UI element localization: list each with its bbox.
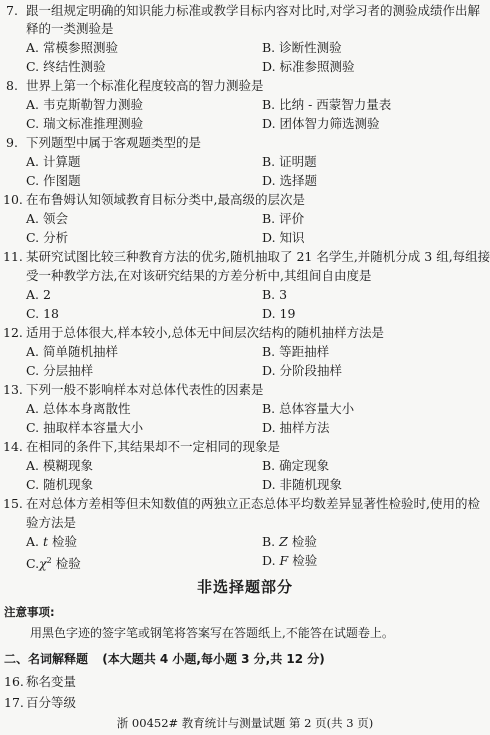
question-8: 8. 世界上第一个标准化程度较高的智力测验是: [0, 77, 490, 95]
options-row: C. 18 D. 19: [0, 305, 490, 323]
options-row: C. 作图题 D. 选择题: [0, 172, 490, 190]
question-text-continued: 受一种教学方法,在对该研究结果的方差分析中,其组间自由度是: [0, 267, 490, 285]
section-title: 非选择题部分: [0, 577, 490, 597]
option-d: D. 标准参照测验: [262, 58, 355, 76]
question-text: 验方法是: [26, 514, 76, 532]
notice-label: 注意事项:: [4, 603, 55, 621]
question-number: 14.: [3, 438, 23, 456]
question-text: 在相同的条件下,其结果却不一定相同的现象是: [26, 438, 280, 456]
option-b: B. 等距抽样: [262, 343, 329, 361]
option-a: A. 计算题: [26, 153, 80, 171]
question-text: 某研究试图比较三种教育方法的优劣,随机抽取了 21 名学生,并随机分成 3 组,…: [26, 248, 490, 266]
question-number: 10.: [3, 191, 23, 209]
question-14: 14. 在相同的条件下,其结果却不一定相同的现象是: [0, 438, 490, 456]
options-row: A. 常模参照测验 B. 诊断性测验: [0, 39, 490, 57]
question-text: 跟一组规定明确的知识能力标准或教学目标内容对比时,对学习者的测验成绩作出解: [26, 2, 480, 20]
option-a: A. 模糊现象: [26, 457, 93, 475]
question-text: 百分等级: [26, 694, 76, 712]
option-text: 检验: [52, 534, 77, 549]
option-c: C. 18: [26, 305, 59, 323]
question-15: 15. 在对总体方差相等但未知数值的两独立正态总体平均数差异显著性检验时,使用的…: [0, 495, 490, 513]
page-footer: 浙 00452# 教育统计与测量试题 第 2 页(共 3 页): [0, 715, 490, 731]
option-c: C. 作图题: [26, 172, 81, 190]
option-c: C. 抽取样本容量大小: [26, 419, 143, 437]
question-number: 17.: [4, 694, 24, 712]
question-text: 下列题型中属于客观题类型的是: [26, 134, 201, 152]
options-row: C. 瑞文标准推理测验 D. 团体智力筛选测验: [0, 115, 490, 133]
options-row: A. 计算题 B. 证明题: [0, 153, 490, 171]
option-a: A. t 检验: [26, 533, 77, 551]
question-number: 16.: [4, 673, 24, 691]
option-b: B. 证明题: [262, 153, 317, 171]
option-a: A. 简单随机抽样: [26, 343, 118, 361]
option-text: 检验: [292, 553, 317, 568]
question-text: 释的一类测验是: [26, 20, 114, 38]
option-a: A. 常模参照测验: [26, 39, 118, 57]
options-row: C. 抽取样本容量大小 D. 抽样方法: [0, 419, 490, 437]
option-d: D. 分阶段抽样: [262, 362, 342, 380]
option-c: C. 终结性测验: [26, 58, 106, 76]
exam-page: 7. 跟一组规定明确的知识能力标准或教学目标内容对比时,对学习者的测验成绩作出解…: [0, 0, 490, 735]
question-number: 11.: [3, 248, 23, 266]
question-number: 9.: [6, 134, 18, 152]
option-c: C.χ2 检验: [26, 552, 81, 573]
question-number: 7.: [6, 2, 18, 20]
question-13: 13. 下列一般不影响样本对总体代表性的因素是: [0, 381, 490, 399]
option-a: A. 韦克斯勒智力测验: [26, 96, 143, 114]
option-a: A. 总体本身离散性: [26, 400, 130, 418]
option-c: C. 分层抽样: [26, 362, 93, 380]
option-text: 检验: [292, 534, 317, 549]
option-c: C. 随机现象: [26, 476, 93, 494]
option-c: C. 分析: [26, 229, 68, 247]
option-b: B. Z 检验: [262, 533, 317, 551]
variable-symbol: F: [280, 553, 289, 568]
question-number: 15.: [3, 495, 23, 513]
option-d: D. 抽样方法: [262, 419, 330, 437]
options-row: C. 终结性测验 D. 标准参照测验: [0, 58, 490, 76]
question-text: 在对总体方差相等但未知数值的两独立正态总体平均数差异显著性检验时,使用的检: [26, 495, 480, 513]
part2-info: (本大题共 4 小题,每小题 3 分,共 12 分): [102, 652, 325, 666]
option-b: B. 诊断性测验: [262, 39, 342, 57]
options-row: A. 韦克斯勒智力测验 B. 比纳 - 西蒙智力量表: [0, 96, 490, 114]
question-text: 受一种教学方法,在对该研究结果的方差分析中,其组间自由度是: [26, 267, 371, 285]
variable-symbol: χ: [39, 556, 47, 571]
option-a: A. 2: [26, 286, 51, 304]
question-11: 11. 某研究试图比较三种教育方法的优劣,随机抽取了 21 名学生,并随机分成 …: [0, 248, 490, 266]
options-row: C.χ2 检验 D. F 检验: [0, 552, 490, 570]
options-row: A. t 检验 B. Z 检验: [0, 533, 490, 551]
question-9: 9. 下列题型中属于客观题类型的是: [0, 134, 490, 152]
part2-heading: 二、名词解释题: [4, 652, 88, 666]
question-text: 适用于总体很大,样本较小,总体无中间层次结构的随机抽样方法是: [26, 324, 384, 342]
question-text: 下列一般不影响样本对总体代表性的因素是: [26, 381, 264, 399]
question-17: 17. 百分等级: [0, 694, 490, 712]
option-d: D. 知识: [262, 229, 305, 247]
option-c: C. 瑞文标准推理测验: [26, 115, 143, 133]
question-text-continued: 验方法是: [0, 514, 490, 532]
option-letter: C.: [26, 556, 39, 571]
question-number: 12.: [3, 324, 23, 342]
options-row: A. 简单随机抽样 B. 等距抽样: [0, 343, 490, 361]
option-d: D. 19: [262, 305, 295, 323]
question-text: 称名变量: [26, 673, 76, 691]
question-number: 13.: [3, 381, 23, 399]
question-text: 世界上第一个标准化程度较高的智力测验是: [26, 77, 264, 95]
option-letter: B.: [262, 534, 275, 549]
option-d: D. 团体智力筛选测验: [262, 115, 380, 133]
options-row: C. 分层抽样 D. 分阶段抽样: [0, 362, 490, 380]
options-row: A. 模糊现象 B. 确定现象: [0, 457, 490, 475]
option-letter: A.: [26, 534, 39, 549]
option-d: D. F 检验: [262, 552, 317, 570]
options-row: A. 总体本身离散性 B. 总体容量大小: [0, 400, 490, 418]
question-number: 8.: [6, 77, 18, 95]
question-16: 16. 称名变量: [0, 673, 490, 691]
option-b: B. 评价: [262, 210, 304, 228]
question-10: 10. 在布鲁姆认知领域教育目标分类中,最高级的层次是: [0, 191, 490, 209]
superscript: 2: [47, 556, 52, 565]
question-12: 12. 适用于总体很大,样本较小,总体无中间层次结构的随机抽样方法是: [0, 324, 490, 342]
option-b: B. 总体容量大小: [262, 400, 354, 418]
notice-text: 用黑色字迹的签字笔或钢笔将答案写在答题纸上,不能答在试题卷上。: [30, 624, 394, 642]
options-row: A. 2 B. 3: [0, 286, 490, 304]
option-text: 检验: [56, 556, 81, 571]
option-b: B. 3: [262, 286, 287, 304]
option-letter: D.: [262, 553, 276, 568]
question-text: 在布鲁姆认知领域教育目标分类中,最高级的层次是: [26, 191, 305, 209]
part2-header: 二、名词解释题 (本大题共 4 小题,每小题 3 分,共 12 分): [4, 650, 490, 668]
options-row: C. 随机现象 D. 非随机现象: [0, 476, 490, 494]
options-row: C. 分析 D. 知识: [0, 229, 490, 247]
variable-symbol: t: [43, 534, 48, 549]
option-b: B. 比纳 - 西蒙智力量表: [262, 96, 391, 114]
option-b: B. 确定现象: [262, 457, 329, 475]
option-a: A. 领会: [26, 210, 68, 228]
option-d: D. 非随机现象: [262, 476, 342, 494]
options-row: A. 领会 B. 评价: [0, 210, 490, 228]
variable-symbol: Z: [279, 534, 288, 549]
option-d: D. 选择题: [262, 172, 317, 190]
